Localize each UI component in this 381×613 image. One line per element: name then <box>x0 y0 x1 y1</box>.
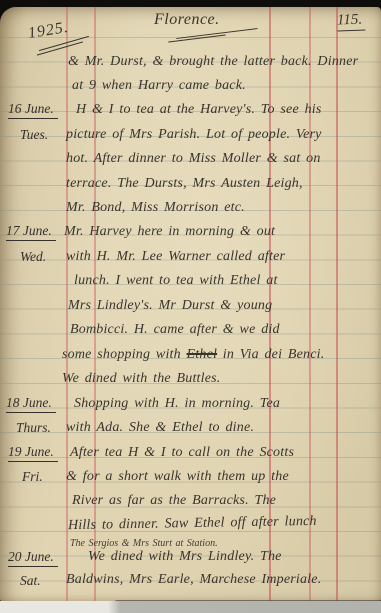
diary-line: Mr. Harvey here in morning & out <box>64 223 275 241</box>
diary-line: picture of Mrs Parish. Lot of people. Ve… <box>66 126 322 144</box>
entry-weekday: Wed. <box>20 249 46 265</box>
line-fragment: some shopping with <box>62 347 187 362</box>
entry-weekday: Tues. <box>20 127 48 143</box>
margin-line-right-2 <box>309 7 311 601</box>
entry-weekday: Thurs. <box>16 420 51 436</box>
entry-date: 19 June. <box>8 444 58 462</box>
page-title: Florence. <box>154 11 220 29</box>
entry-weekday: Fri. <box>22 469 43 485</box>
diary-line: Hills to dinner. Saw Ethel off after lun… <box>68 513 317 535</box>
entry-date: 20 June. <box>8 549 58 567</box>
diary-line: terrace. The Dursts, Mrs Austen Leigh, <box>66 175 303 193</box>
margin-line-right-3 <box>336 7 338 601</box>
diary-line: with H. Mr. Lee Warner called after <box>66 248 285 266</box>
book-edge <box>0 601 381 613</box>
diary-line: Baldwins, Mrs Earle, Marchese Imperiale. <box>66 571 321 589</box>
diary-line: After tea H & I to call on the Scotts <box>70 444 294 462</box>
scanned-diary-photo: 1925. Florence. 115. 16 June. Tues. 17 J… <box>0 0 381 613</box>
entry-date: 16 June. <box>8 101 58 119</box>
diary-line: We dined with Mrs Lindley. The <box>88 548 282 566</box>
diary-line: Mrs Lindley's. Mr Durst & young <box>68 297 272 315</box>
line-fragment: in Via dei Benci. <box>217 347 324 362</box>
diary-line: hot. After dinner to Miss Moller & sat o… <box>66 150 321 168</box>
diary-line: H & I to tea at the Harvey's. To see his <box>76 101 322 119</box>
diary-line: Shopping with H. in morning. Tea <box>74 395 280 413</box>
diary-page: 1925. Florence. 115. 16 June. Tues. 17 J… <box>0 7 381 601</box>
diary-line: We dined with the Buttles. <box>62 370 221 388</box>
entry-date: 18 June. <box>6 395 56 413</box>
diary-line: at 9 when Harry came back. <box>72 77 246 95</box>
title-flourish <box>176 28 258 39</box>
struck-word: Ethel <box>187 347 218 362</box>
diary-line: some shopping with Ethel in Via dei Benc… <box>62 346 324 364</box>
diary-line: & for a short walk with them up the <box>66 468 289 486</box>
diary-line: with Ada. She & Ethel to dine. <box>66 419 254 437</box>
entry-date: 17 June. <box>6 223 56 241</box>
diary-line: lunch. I went to tea with Ethel at <box>74 272 278 290</box>
diary-line: River as far as the Barracks. The <box>72 492 276 510</box>
diary-line: & Mr. Durst, & brought the latter back. … <box>68 53 358 71</box>
entry-weekday: Sat. <box>20 573 41 589</box>
diary-line: Bombicci. H. came after & we did <box>70 321 280 339</box>
diary-line: Mr. Bond, Miss Morrison etc. <box>66 199 245 217</box>
page-number: 115. <box>337 12 366 32</box>
year-label: 1925. <box>27 19 70 43</box>
